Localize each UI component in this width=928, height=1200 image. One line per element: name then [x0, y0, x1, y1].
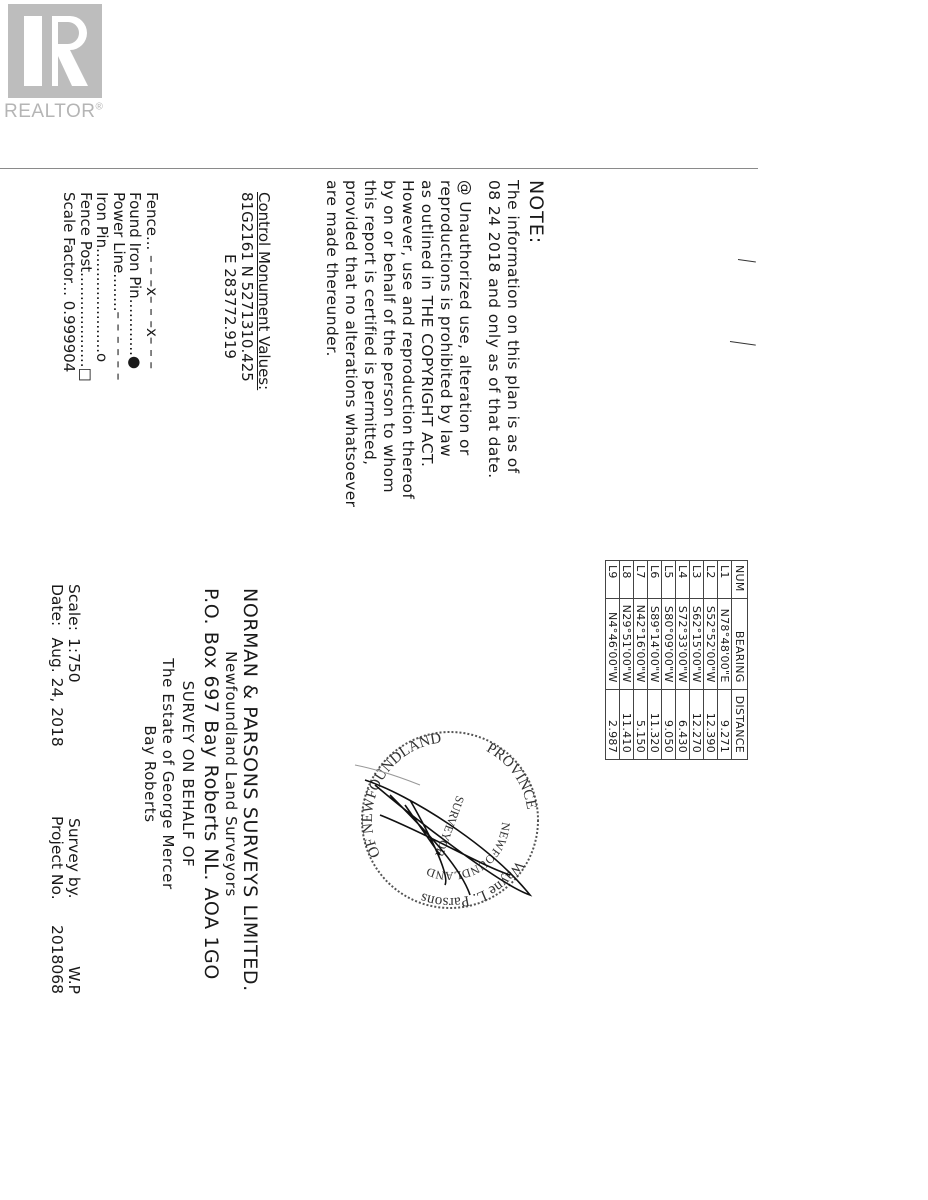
realtor-wordmark: REALTOR® [4, 101, 110, 123]
control-monument-east: E 283772.919 [221, 192, 238, 390]
table-cell-dist: 9.050 [662, 689, 676, 759]
table-cell-num: L4 [676, 561, 690, 599]
bearing-table-wrap: NUM BEARING DISTANCE L1N78°48'00"E9.271L… [605, 560, 748, 760]
table-cell-dist: 9.271 [718, 689, 732, 759]
note-line: are made thereunder. [322, 180, 341, 507]
note-line: 08 24 2018 and only as of that date. [484, 180, 503, 507]
note-line: reproductions is prohibited by law [436, 180, 455, 507]
bearing-table: NUM BEARING DISTANCE L1N78°48'00"E9.271L… [605, 560, 748, 760]
table-cell-dist: 6.430 [676, 689, 690, 759]
scale-value: 1:750 [65, 638, 82, 818]
legend-power-line: Power Line........– – – – – – [111, 192, 128, 382]
table-cell-num: L8 [620, 561, 634, 599]
plan-line-mark [730, 341, 756, 346]
table-cell-num: L6 [648, 561, 662, 599]
table-cell-num: L5 [662, 561, 676, 599]
note-line: by on or behalf of the person to whom [379, 180, 398, 507]
legend-scale-factor: Scale Factor... 0.999904 [61, 192, 78, 382]
surveyor-seal-icon: PROVINCE Wayne L. Parsons OF NEWFOUNDLAN… [350, 725, 550, 915]
table-row: L8N29°51'00"W11.410 [620, 561, 634, 760]
svg-text:PROVINCE: PROVINCE [470, 739, 550, 815]
table-cell-num: L3 [690, 561, 704, 599]
table-cell-bearing: N42°16'00"W [634, 598, 648, 689]
title-block: NORMAN & PARSONS SURVEYS LIMITED. Newfou… [141, 588, 262, 992]
col-num: NUM [732, 561, 748, 599]
meta-row-1: Scale: 1:750 Survey by. W.P [65, 584, 82, 994]
note-line: as outlined in THE COPYRIGHT ACT. [417, 180, 436, 507]
realtor-logo: REALTOR® [4, 4, 110, 123]
col-bearing: BEARING [732, 598, 748, 689]
table-row: L5S80°09'00"W9.050 [662, 561, 676, 760]
table-cell-bearing: N29°51'00"W [620, 598, 634, 689]
table-cell-bearing: S89°14'00"W [648, 598, 662, 689]
table-row: L6S89°14'00"W11.320 [648, 561, 662, 760]
control-monument-block: Control Monument Values: 81G2161 N 52713… [221, 192, 272, 390]
scale-label: Scale: [65, 584, 82, 638]
realtor-logo-mark [8, 4, 102, 98]
meta-row-2: Date: Aug. 24, 2018 Project No. 2018068 [48, 584, 65, 994]
table-row: L4S72°33'00"W6.430 [676, 561, 690, 760]
page-divider [0, 168, 758, 169]
table-cell-bearing: N4°46'00"W [606, 598, 620, 689]
realtor-r-icon [52, 16, 88, 86]
table-cell-dist: 2.987 [606, 689, 620, 759]
table-header-row: NUM BEARING DISTANCE [732, 561, 748, 760]
table-cell-num: L7 [634, 561, 648, 599]
table-cell-dist: 12.270 [690, 689, 704, 759]
legend-iron-pin: Iron Pin......................o [94, 192, 111, 382]
legend-fence: Fence... – – –x– – –x– – – [144, 192, 161, 382]
control-monument-heading: Control Monument Values: [255, 192, 272, 390]
table-cell-dist: 12.390 [704, 689, 718, 759]
control-monument-north: 81G2161 N 5271310.425 [238, 192, 255, 390]
plan-meta: Scale: 1:750 Survey by. W.P Date: Aug. 2… [48, 584, 82, 994]
project-label: Project No. [48, 816, 65, 925]
note-line: this report is certified is permitted, [360, 180, 379, 507]
note-block: NOTE: The information on this plan is as… [322, 180, 545, 507]
legend-fence-post: Fence Post....................□ [78, 192, 95, 382]
date-label: Date: [48, 584, 65, 638]
note-line: However, use and reproduction thereof [398, 180, 417, 507]
table-cell-bearing: N78°48'00"E [718, 598, 732, 689]
survey-by-value: W.P [65, 928, 82, 994]
survey-on-behalf: SURVEY ON BEHALF OF [177, 588, 199, 960]
table-cell-bearing: S62°15'00"W [690, 598, 704, 689]
survey-by-label: Survey by. [65, 818, 82, 928]
note-line: @ Unauthorized use, alteration or [455, 180, 474, 507]
table-cell-bearing: S52°52'00"W [704, 598, 718, 689]
table-cell-num: L2 [704, 561, 718, 599]
table-cell-dist: 11.410 [620, 689, 634, 759]
table-cell-dist: 5.150 [634, 689, 648, 759]
col-distance: DISTANCE [732, 689, 748, 759]
table-row: L3S62°15'00"W12.270 [690, 561, 704, 760]
table-row: L9N4°46'00"W2.987 [606, 561, 620, 760]
svg-text:SURVEYOR: SURVEYOR [432, 794, 467, 859]
note-line: provided that no alterations whatsoever [341, 180, 360, 507]
note-line: The information on this plan is as of [503, 180, 522, 507]
table-row: L7N42°16'00"W5.150 [634, 561, 648, 760]
survey-location: Bay Roberts [141, 588, 159, 960]
legend-block: Fence... – – –x– – –x– – – Found Iron Pi… [61, 192, 160, 382]
legend-found-iron-pin: Found Iron Pin............● [127, 192, 144, 382]
table-row: L1N78°48'00"E9.271 [718, 561, 732, 760]
table-cell-bearing: S80°09'00"W [662, 598, 676, 689]
client-name: The Estate of George Mercer [159, 588, 177, 960]
plan-line-mark [738, 259, 756, 262]
company-address: P.O. Box 697 Bay Roberts NL. AOA 1GO [199, 588, 223, 992]
company-name: NORMAN & PARSONS SURVEYS LIMITED. [238, 588, 262, 992]
note-heading: NOTE: [526, 180, 545, 507]
project-value: 2018068 [48, 925, 65, 994]
table-row: L2S52°52'00"W12.390 [704, 561, 718, 760]
table-cell-num: L1 [718, 561, 732, 599]
table-cell-dist: 11.320 [648, 689, 662, 759]
table-cell-bearing: S72°33'00"W [676, 598, 690, 689]
svg-text:OF NEWFOUNDLAND: OF NEWFOUNDLAND [350, 725, 447, 870]
company-subtitle: Newfoundland Land Surveyors [223, 588, 238, 960]
date-value: Aug. 24, 2018 [48, 638, 65, 816]
table-cell-num: L9 [606, 561, 620, 599]
